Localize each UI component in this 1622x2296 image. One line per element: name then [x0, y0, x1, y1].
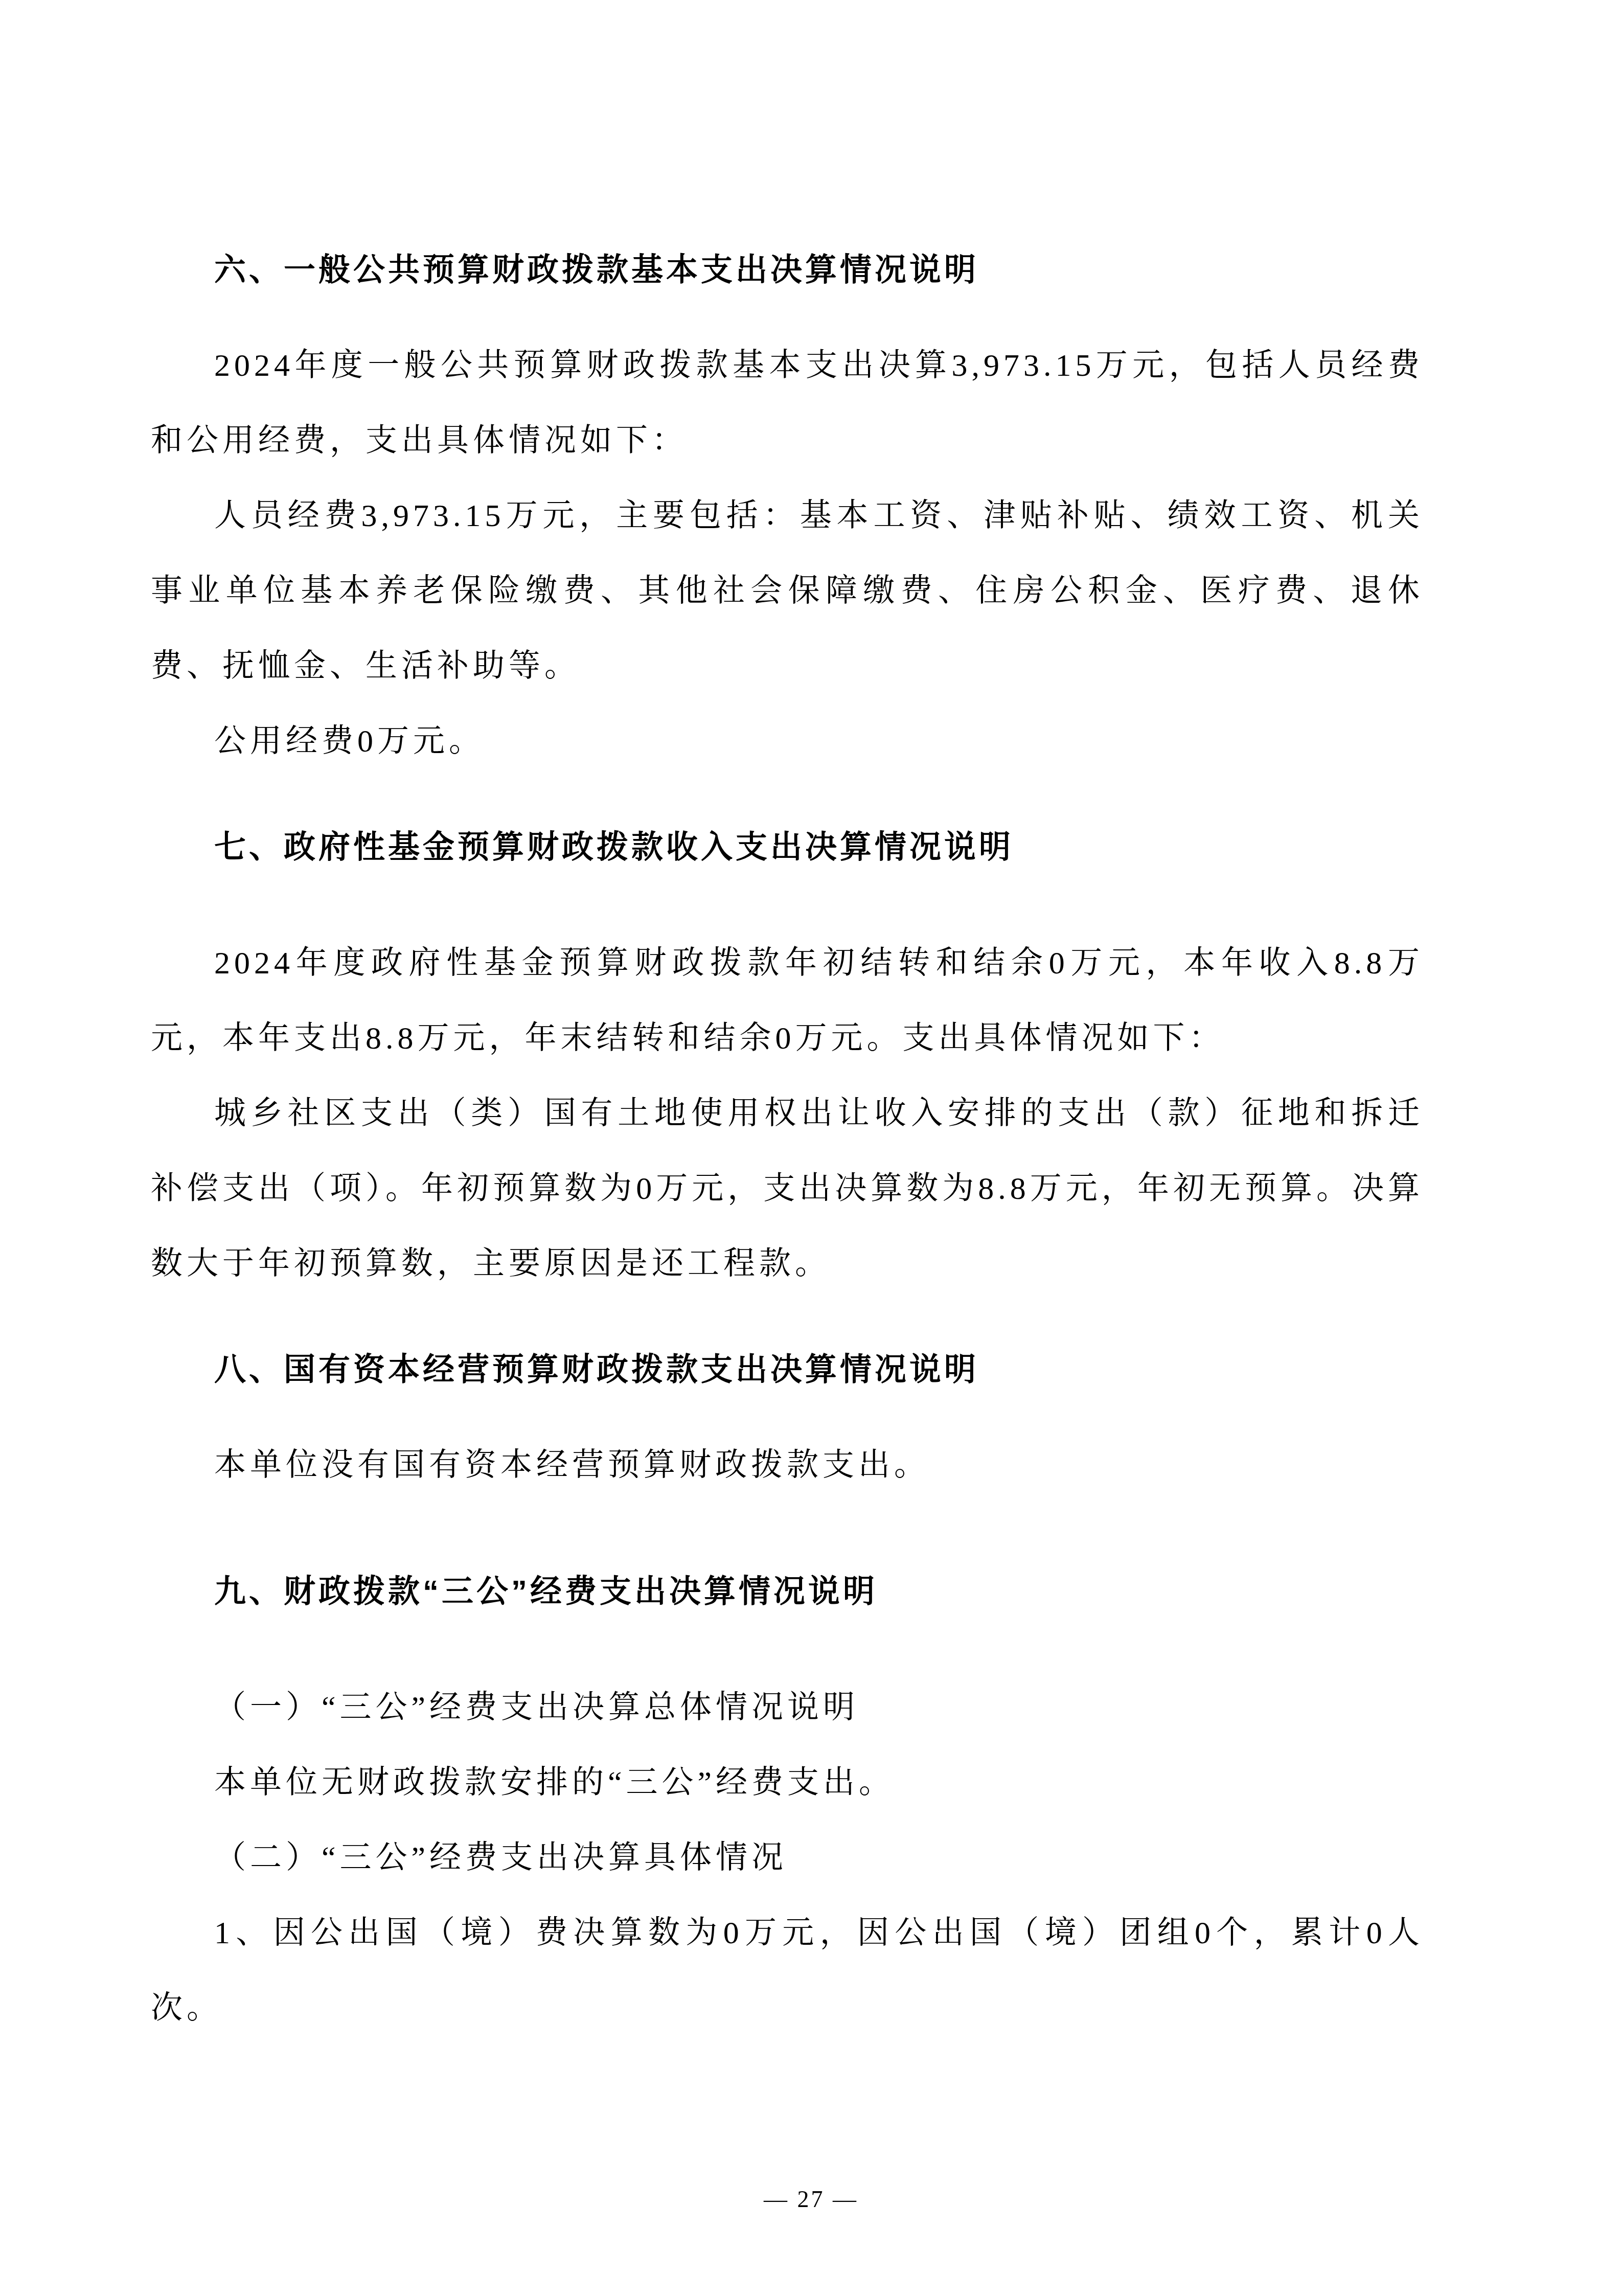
paragraph-gov-fund-budget: 2024年度政府性基金预算财政拨款年初结转和结余0万元，本年收入8.8万元，本年…: [151, 926, 1424, 1076]
subheading-three-public-overview: （一）“三公”经费支出决算总体情况说明: [151, 1670, 1424, 1745]
paragraph-urban-community: 城乡社区支出（类）国有土地使用权出让收入安排的支出（款）征地和拆迁补偿支出（项）…: [151, 1076, 1424, 1302]
section-heading-8: 八、国有资本经营预算财政拨款支出决算情况说明: [151, 1332, 1424, 1407]
document-body: 六、一般公共预算财政拨款基本支出决算情况说明 2024年度一般公共预算财政拨款基…: [151, 233, 1424, 2046]
section-heading-9: 九、财政拨款“三公”经费支出决算情况说明: [151, 1554, 1424, 1629]
paragraph-no-three-public: 本单位无财政拨款安排的“三公”经费支出。: [151, 1745, 1424, 1821]
section-heading-6: 六、一般公共预算财政拨款基本支出决算情况说明: [151, 233, 1424, 308]
page-number: — 27 —: [764, 2186, 858, 2212]
page-footer: — 27 —: [0, 2184, 1622, 2215]
paragraph-public-funds: 公用经费0万元。: [151, 704, 1424, 779]
section-heading-7: 七、政府性基金预算财政拨款收入支出决算情况说明: [151, 810, 1424, 885]
paragraph-state-capital: 本单位没有国有资本经营预算财政拨款支出。: [151, 1428, 1424, 1503]
paragraph-basic-expenditure: 2024年度一般公共预算财政拨款基本支出决算3,973.15万元，包括人员经费和…: [151, 328, 1424, 479]
document-page: 六、一般公共预算财政拨款基本支出决算情况说明 2024年度一般公共预算财政拨款基…: [0, 0, 1622, 2296]
subheading-three-public-detail: （二）“三公”经费支出决算具体情况: [151, 1821, 1424, 1896]
paragraph-abroad-expense: 1、因公出国（境）费决算数为0万元，因公出国（境）团组0个，累计0人次。: [151, 1896, 1424, 2046]
paragraph-personnel-funds: 人员经费3,973.15万元，主要包括：基本工资、津贴补贴、绩效工资、机关事业单…: [151, 479, 1424, 704]
